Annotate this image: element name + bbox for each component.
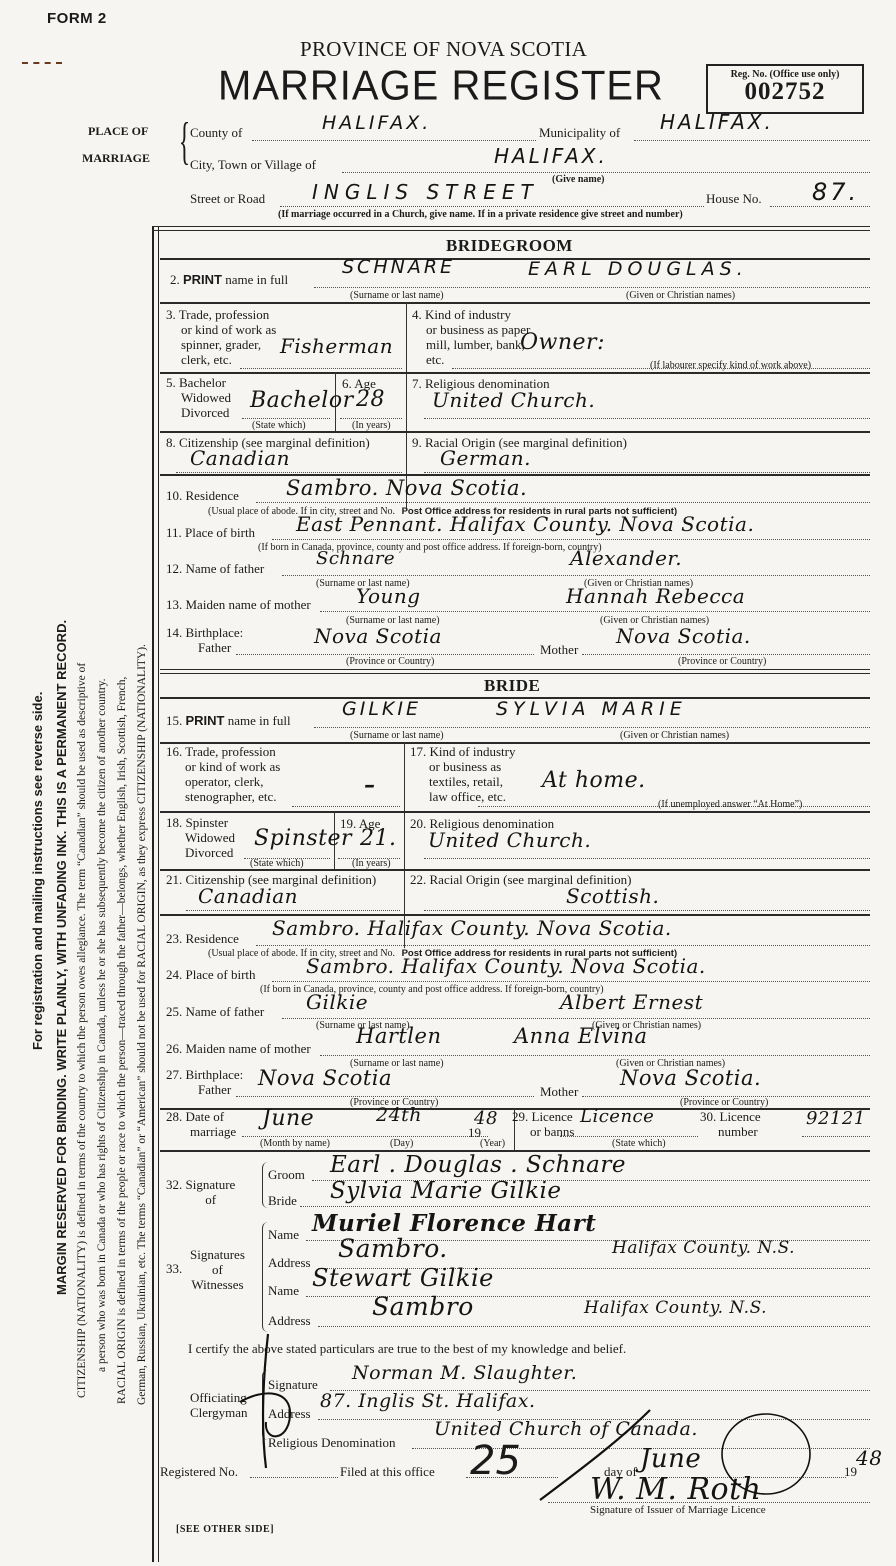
reg-no-box: Reg. No. (Office use only) 002752 [706, 64, 864, 114]
margin-citizenship-def-2: a person who was born in Canada or who h… [96, 678, 108, 1372]
bride-citizenship-value: Canadian [198, 884, 298, 908]
groom-industry-value: Owner: [520, 330, 605, 355]
margin-racial-def-1: RACIAL ORIGIN is defined in terms of the… [116, 677, 128, 1404]
county-label: County of [190, 126, 242, 141]
registered-no-label: Registered No. [160, 1465, 238, 1480]
groom-name-label: 2. PRINT name in full [170, 273, 288, 288]
groom-trade-value: Fisherman [280, 334, 393, 358]
bride-trade-label: 16. Trade, profession or kind of work as… [166, 745, 280, 805]
bride-birthplace-value: Sambro. Halifax County. Nova Scotia. [306, 954, 706, 978]
house-no-value: 87. [812, 178, 859, 206]
filed-day: 25 [372, 1438, 521, 1484]
groom-birthplace-label: 11. Place of birth [166, 526, 255, 541]
divider [160, 811, 870, 813]
groom-given-names: EARL DOUGLAS. [528, 258, 748, 280]
licence-or-banns-field[interactable] [560, 1126, 698, 1137]
groom-residence-label: 10. Residence [166, 489, 239, 504]
margin-binding-note: MARGIN RESERVED FOR BINDING. WRITE PLAIN… [54, 620, 69, 1295]
bride-mother-birthplace: Nova Scotia. [620, 1066, 761, 1090]
ink-mark [22, 62, 62, 67]
groom-age-value: 28 [356, 387, 385, 412]
bride-residence-label: 23. Residence [166, 932, 239, 947]
labourer-hint: (If labourer specify kind of work above) [650, 360, 811, 371]
bride-racial-origin-value: Scottish. [566, 884, 659, 908]
marriage-date-label: 28. Date of marriage [166, 1110, 236, 1140]
marriage-month: June [262, 1106, 314, 1131]
witness2-name: Stewart Gilkie [312, 1264, 494, 1292]
bride-father-birthplace: Nova Scotia [258, 1066, 392, 1090]
bride-name-label: 15. PRINT name in full [166, 714, 291, 729]
section-title-bride: BRIDE [484, 676, 540, 696]
year-hint: (Year) [480, 1138, 505, 1149]
bride-surname: GILKIE [342, 698, 421, 720]
section-title-bridegroom: BRIDEGROOM [446, 236, 573, 256]
county-value: HALIFAX. [322, 112, 431, 134]
groom-birthplace-value: East Pennant. Halifax County. Nova Scoti… [296, 512, 754, 536]
bride-birthplace-label: 24. Place of birth [166, 968, 256, 983]
reg-no-value: 002752 [708, 80, 862, 104]
filed-year: 48 [856, 1446, 882, 1470]
street-value: INGLIS STREET [312, 180, 539, 204]
witness2-address-label: Address [268, 1314, 311, 1329]
groom-signature: Earl . Douglas . Schnare [330, 1152, 626, 1178]
surname-hint: (Surname or last name) [350, 290, 444, 301]
divider [160, 869, 870, 871]
in-years-hint: (In years) [352, 858, 391, 869]
bride-given-names: SYLVIA MARIE [496, 698, 687, 720]
groom-mother-birthplace: Nova Scotia. [616, 624, 751, 648]
registered-no-field[interactable] [250, 1465, 338, 1478]
bride-mother-given: Anna Elvina [514, 1024, 648, 1048]
bride-birthplace-parents-label: 27. Birthplace: [166, 1068, 243, 1083]
witness1-address-b: Halifax County. N.S. [612, 1238, 795, 1258]
frame-left-border [152, 226, 159, 1562]
print-label: PRINT [183, 272, 222, 287]
issuer-flourish [520, 1400, 850, 1510]
groom-status-value: Bachelor [250, 388, 354, 413]
groom-sig-label: Groom [268, 1168, 305, 1183]
mother-label: Mother [540, 1085, 578, 1100]
groom-father-birthplace: Nova Scotia [314, 624, 442, 648]
bride-age-value: 21. [360, 826, 397, 851]
province-hint: (Province or Country) [680, 1097, 768, 1108]
street-label: Street or Road [190, 192, 265, 207]
groom-status-label: 5. Bachelor Widowed Divorced [166, 376, 231, 421]
divider [160, 302, 870, 304]
bride-mother-label: 26. Maiden name of mother [166, 1042, 311, 1057]
groom-surname: SCHNARE [342, 256, 455, 278]
field-number: 2. [170, 272, 180, 287]
groom-father-label: 12. Name of father [166, 562, 264, 577]
divider [160, 258, 870, 260]
divider [160, 372, 870, 374]
given-hint: (Given or Christian names) [626, 290, 735, 301]
groom-residence-value: Sambro. Nova Scotia. [286, 476, 527, 500]
mother-label: Mother [540, 643, 578, 658]
bride-trade-field[interactable] [292, 794, 400, 807]
city-hint: (Give name) [552, 174, 605, 185]
witness2-address-a: Sambro [372, 1292, 474, 1321]
frame-top-border [152, 226, 870, 231]
groom-birthplace-parents-label: 14. Birthplace: [166, 626, 243, 641]
witness1-name: Muriel Florence Hart [312, 1210, 596, 1237]
form-label: FORM 2 [47, 10, 107, 27]
municipality-value: HALIFAX. [660, 110, 774, 134]
bride-sig-label: Bride [268, 1194, 297, 1209]
place-of-label: PLACE OF [88, 125, 148, 139]
house-no-label: House No. [706, 192, 762, 207]
signature-flourish [220, 1330, 330, 1470]
marriage-year: 48 [474, 1108, 498, 1129]
witness1-name-label: Name [268, 1228, 299, 1243]
witnesses-number: 33. [166, 1262, 182, 1277]
margin-citizenship-def-1: CITIZENSHIP (NATIONALITY) is defined in … [76, 663, 88, 1398]
groom-religion-value: United Church. [432, 388, 595, 412]
place-brace-icon: { [179, 116, 190, 168]
margin-racial-def-2: German, Russian, Ukrainian, etc. The ter… [136, 644, 148, 1405]
father-label: Father [198, 1083, 231, 1098]
surname-hint: (Surname or last name) [350, 730, 444, 741]
bride-trade-value: – [364, 772, 376, 798]
see-other-side: [SEE OTHER SIDE] [176, 1524, 274, 1535]
state-which-hint: (State which) [252, 420, 306, 431]
witnesses-label: Signatures of Witnesses [190, 1248, 245, 1293]
groom-mother-label: 13. Maiden name of mother [166, 598, 311, 613]
name-in-full-label: name in full [225, 272, 288, 287]
marriage-label: MARRIAGE [82, 152, 150, 166]
city-value: HALIFAX. [494, 144, 608, 168]
divider [160, 431, 870, 433]
signature-of-label: 32. Signature of [166, 1178, 235, 1208]
groom-mother-given: Hannah Rebecca [566, 584, 745, 608]
day-hint: (Day) [390, 1138, 413, 1149]
state-which-hint: (State which) [250, 858, 304, 869]
bride-industry-value: At home. [542, 768, 646, 793]
province-hint: (Province or Country) [678, 656, 766, 667]
bride-father-surname: Gilkie [306, 990, 368, 1014]
witness1-address-label: Address [268, 1256, 311, 1271]
groom-mother-surname: Young [356, 584, 421, 608]
birth-hint: (If born in Canada, province, county and… [258, 542, 602, 553]
clergy-signature: Norman M. Slaughter. [352, 1362, 577, 1384]
father-label: Father [198, 641, 231, 656]
bride-father-label: 25. Name of father [166, 1005, 264, 1020]
municipality-label: Municipality of [539, 126, 620, 141]
state-which-hint: (State which) [612, 1138, 666, 1149]
issuer-signature-label: Signature of Issuer of Marriage Licence [590, 1504, 766, 1516]
bride-father-given: Albert Ernest [560, 990, 703, 1014]
given-hint: (Given or Christian names) [620, 730, 729, 741]
witness1-address-a: Sambro. [338, 1234, 448, 1263]
section-divider [160, 669, 870, 674]
groom-racial-origin-value: German. [440, 446, 531, 470]
bride-signature: Sylvia Marie Gilkie [330, 1178, 562, 1204]
street-hint: (If marriage occurred in a Church, give … [278, 209, 683, 220]
bride-residence-value: Sambro. Halifax County. Nova Scotia. [272, 916, 672, 940]
unemployed-hint: (If unemployed answer “At Home”) [658, 799, 802, 810]
margin-instructions: For registration and mailing instruction… [30, 692, 45, 1050]
in-years-hint: (In years) [352, 420, 391, 431]
witness2-address-b: Halifax County. N.S. [584, 1298, 767, 1318]
province-hint: (Province or Country) [346, 656, 434, 667]
licence-or-banns-value: Licence [580, 1106, 654, 1127]
province-title: PROVINCE OF NOVA SCOTIA [300, 37, 587, 62]
groom-father-given: Alexander. [570, 546, 682, 570]
month-hint: (Month by name) [260, 1138, 330, 1149]
marriage-day: 24th [376, 1104, 422, 1126]
groom-citizenship-value: Canadian [190, 446, 290, 470]
city-label: City, Town or Village of [190, 158, 316, 173]
groom-father-surname: Schnare [316, 548, 395, 569]
page-title: MARRIAGE REGISTER [218, 63, 664, 110]
licence-number-label: 30. Licence number [700, 1110, 761, 1140]
bride-status-label: 18. Spinster Widowed Divorced [166, 816, 235, 861]
licence-number-value: 92121 [806, 1108, 866, 1129]
bride-religion-value: United Church. [428, 828, 591, 852]
bride-mother-surname: Hartlen [356, 1024, 441, 1048]
witness2-name-label: Name [268, 1284, 299, 1299]
